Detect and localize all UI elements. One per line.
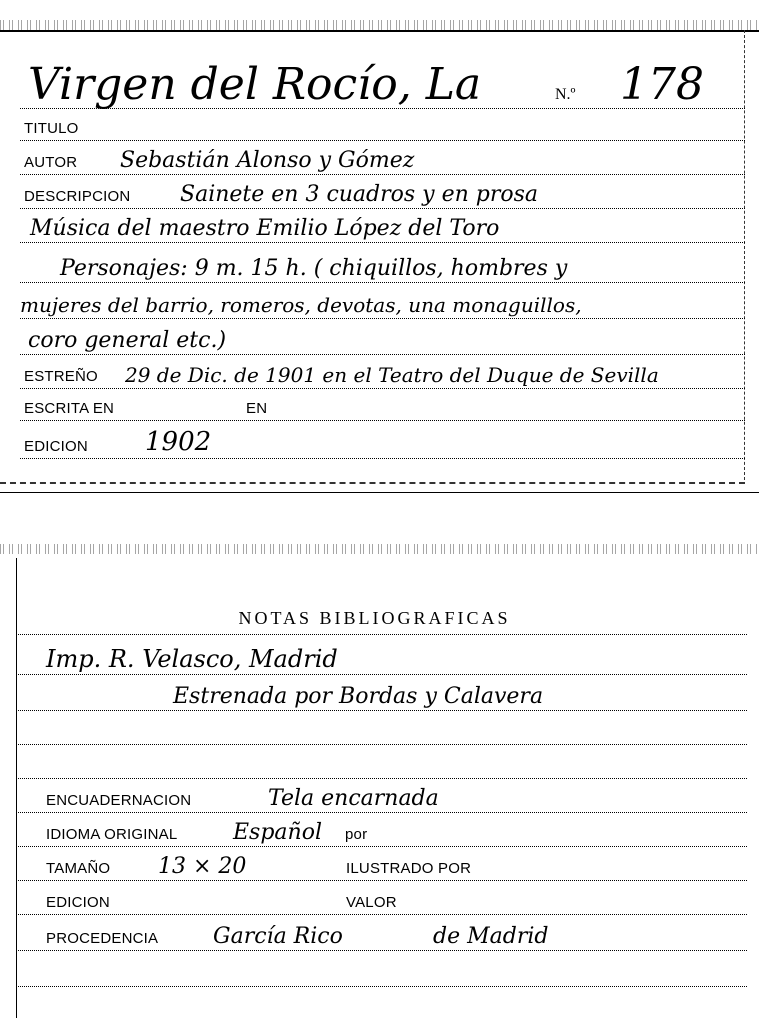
notes-row-3: Estrenada por Bordas y Calavera [18, 674, 747, 711]
descripcion-line-1: Sainete en 3 cuadros y en prosa [180, 182, 538, 207]
autor-row: AUTOR Sebastián Alonso y Gómez [20, 140, 745, 175]
escrita-en-row: ESCRITA EN EN [20, 388, 745, 421]
edicion-label: EDICION [24, 438, 88, 455]
edicion-label-2: EDICION [46, 894, 110, 911]
catalog-card-main: Virgen del Rocío, La N.º 178 TITULO AUTO… [0, 0, 759, 495]
escrita-en-label: ESCRITA EN [24, 400, 114, 417]
number-value: 178 [620, 59, 704, 110]
idioma-value: Español [233, 820, 322, 845]
scan-noise-top [0, 20, 759, 30]
descripcion-line-5: coro general etc.) [28, 328, 226, 353]
encuadernacion-label: ENCUADERNACION [46, 792, 191, 809]
autor-label: AUTOR [24, 154, 77, 171]
card-bottom-edge [0, 492, 759, 493]
blank-row [18, 950, 747, 987]
notes-row-1 [18, 598, 747, 635]
notes-row-4 [18, 710, 747, 745]
catalog-card-notes: NOTAS BIBLIOGRAFICAS Imp. R. Velasco, Ma… [0, 540, 759, 1028]
card-bottom-dashed [0, 482, 745, 484]
ilustrado-label: ILUSTRADO POR [346, 860, 471, 877]
idioma-row: IDIOMA ORIGINAL Español por [18, 812, 747, 847]
procedencia-row: PROCEDENCIA García Rico de Madrid [18, 914, 747, 951]
descripcion-row-4: mujeres del barrio, romeros, devotas, un… [20, 282, 745, 319]
descripcion-label: DESCRIPCION [24, 188, 130, 205]
procedencia-value: García Rico [213, 924, 343, 949]
descripcion-row-5: coro general etc.) [20, 318, 745, 355]
descripcion-row: DESCRIPCION Sainete en 3 cuadros y en pr… [20, 174, 745, 209]
edicion-value: 1902 [145, 427, 211, 457]
estreno-row: ESTREÑO 29 de Dic. de 1901 en el Teatro … [20, 354, 745, 389]
notes-row-2: Imp. R. Velasco, Madrid [18, 634, 747, 675]
titulo-row: TITULO [20, 108, 745, 141]
procedencia-value-2: de Madrid [433, 924, 548, 949]
tamano-row: TAMAÑO 13 × 20 ILUSTRADO POR [18, 846, 747, 881]
edicion-row: EDICION 1902 [20, 420, 745, 459]
titulo-label: TITULO [24, 120, 79, 137]
valor-label: VALOR [346, 894, 397, 911]
en-label: EN [246, 400, 267, 417]
notes-row-5 [18, 744, 747, 779]
descripcion-line-4: mujeres del barrio, romeros, devotas, un… [20, 293, 582, 317]
notes-line-2: Estrenada por Bordas y Calavera [173, 684, 543, 709]
title-row: Virgen del Rocío, La N.º 178 [20, 48, 745, 109]
descripcion-row-3: Personajes: 9 m. 15 h. ( chiquillos, hom… [20, 242, 745, 283]
number-label: N.º [555, 86, 576, 104]
estreno-label: ESTREÑO [24, 368, 98, 385]
tamano-value: 13 × 20 [158, 854, 246, 879]
estreno-value: 29 de Dic. de 1901 en el Teatro del Duqu… [125, 363, 659, 387]
descripcion-line-2: Música del maestro Emilio López del Toro [30, 216, 499, 241]
descripcion-row-2: Música del maestro Emilio López del Toro [20, 208, 745, 243]
scan-noise-top-2 [0, 544, 759, 554]
descripcion-line-3: Personajes: 9 m. 15 h. ( chiquillos, hom… [60, 256, 567, 281]
edicion-row-2: EDICION VALOR [18, 880, 747, 915]
tamano-label: TAMAÑO [46, 860, 110, 877]
encuadernacion-row: ENCUADERNACION Tela encarnada [18, 778, 747, 813]
notes-line-1: Imp. R. Velasco, Madrid [46, 645, 338, 673]
idioma-label: IDIOMA ORIGINAL [46, 826, 177, 843]
title-value: Virgen del Rocío, La [28, 59, 481, 110]
procedencia-label: PROCEDENCIA [46, 930, 158, 947]
autor-value: Sebastián Alonso y Gómez [120, 148, 414, 173]
card-top-border [0, 30, 759, 32]
por-label: por [345, 826, 367, 843]
encuadernacion-value: Tela encarnada [268, 786, 439, 811]
